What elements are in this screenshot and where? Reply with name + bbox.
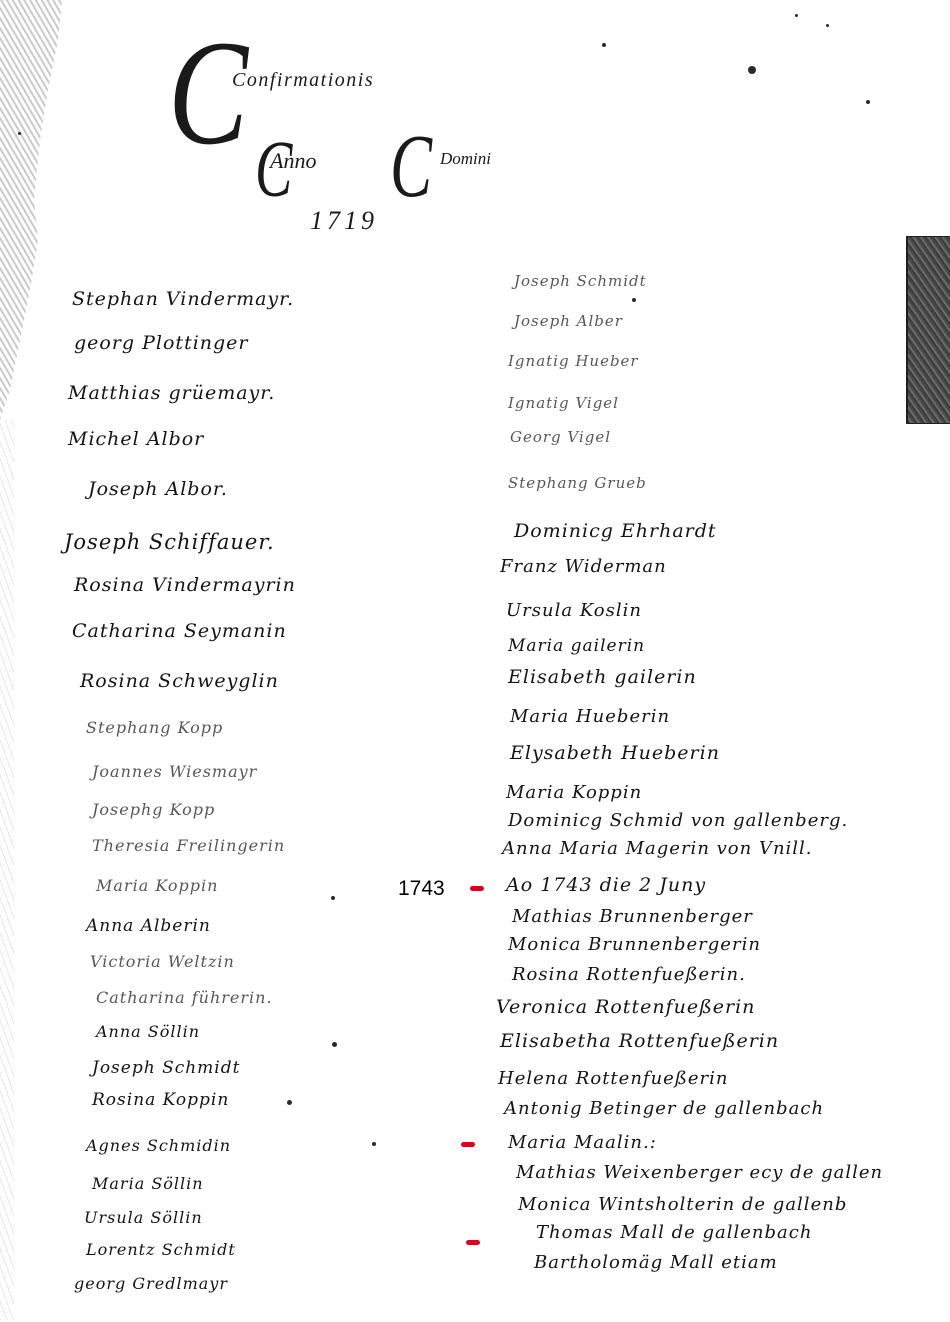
list-item: Josephg Kopp <box>92 800 215 819</box>
domini-initial-flourish: C <box>390 122 432 212</box>
ink-speck <box>372 1142 376 1146</box>
list-item: Rosina Koppin <box>92 1090 229 1110</box>
ink-speck <box>287 1100 292 1105</box>
list-item: Joseph Schmidt <box>514 272 647 290</box>
list-item: Joannes Wiesmayr <box>92 762 257 781</box>
list-item: Ursula Söllin <box>84 1208 203 1227</box>
list-item: Stephan Vindermayr. <box>72 288 294 310</box>
list-item: Thomas Mall de gallenbach <box>536 1222 812 1243</box>
heading-initial-flourish: C <box>168 18 248 168</box>
list-item: Ursula Koslin <box>506 600 642 621</box>
list-item: Maria Maalin.: <box>508 1132 657 1153</box>
red-marker-maria-maalin <box>461 1142 475 1147</box>
list-item: Michel Albor <box>68 428 204 450</box>
ink-speck <box>748 66 756 74</box>
list-item: Stephang Grueb <box>508 474 647 492</box>
paper-edge-shadow <box>0 420 14 1320</box>
ink-speck <box>331 896 335 900</box>
red-marker-thomas-mall <box>466 1240 480 1245</box>
list-item: Mathias Brunnenberger <box>512 906 753 927</box>
ink-speck <box>602 43 606 47</box>
list-item: Ignatig Vigel <box>508 394 619 412</box>
heading-domini: Domini <box>440 150 491 167</box>
list-item: Helena Rottenfueßerin <box>498 1068 728 1089</box>
list-item: Agnes Schmidin <box>86 1136 231 1155</box>
list-item: Georg Vigel <box>510 428 611 446</box>
list-item: Stephang Kopp <box>86 718 223 737</box>
list-item: Ao 1743 die 2 Juny <box>506 874 706 896</box>
register-page: C Confirmationis C C Anno Domini 1719 St… <box>0 0 950 1322</box>
list-item: Catharina führerin. <box>96 988 273 1007</box>
list-item: Dominicg Ehrhardt <box>514 520 717 542</box>
list-item: Maria Koppin <box>96 876 218 895</box>
list-item: Antonig Betinger de gallenbach <box>504 1098 824 1119</box>
list-item: Elysabeth Hueberin <box>510 742 720 764</box>
ink-speck <box>866 100 870 104</box>
list-item: Anna Alberin <box>86 916 211 936</box>
red-marker-1743 <box>470 886 484 891</box>
year-annotation-label: 1743 <box>398 877 445 901</box>
list-item: Franz Widerman <box>500 556 667 577</box>
torn-paper-edge <box>0 0 70 420</box>
list-item: Theresia Freilingerin <box>92 836 285 855</box>
ink-speck <box>332 1042 337 1047</box>
list-item: Monica Wintsholterin de gallenb <box>518 1194 847 1215</box>
list-item: Matthias grüemayr. <box>68 382 275 404</box>
ink-speck <box>18 132 21 135</box>
ink-speck <box>826 24 829 27</box>
list-item: Veronica Rottenfueßerin <box>496 996 755 1018</box>
list-item: Mathias Weixenberger ecy de gallen <box>516 1162 883 1183</box>
list-item: Anna Söllin <box>96 1022 200 1041</box>
list-item: Monica Brunnenbergerin <box>508 934 761 955</box>
heading-year: 1719 <box>310 208 378 234</box>
list-item: Joseph Alber <box>514 312 623 330</box>
list-item: Joseph Schmidt <box>92 1058 240 1078</box>
list-item: Bartholomäg Mall etiam <box>534 1252 778 1273</box>
ink-speck <box>632 298 636 302</box>
list-item: Anna Maria Magerin von Vnill. <box>502 838 813 859</box>
list-item: Maria Söllin <box>92 1174 204 1193</box>
list-item: Lorentz Schmidt <box>86 1240 236 1259</box>
list-item: georg Plottinger <box>74 332 249 354</box>
list-item: Rosina Schweyglin <box>80 670 279 692</box>
ink-speck <box>795 14 798 17</box>
heading-title: Confirmationis <box>232 70 374 90</box>
list-item: Joseph Albor. <box>88 478 228 500</box>
list-item: Ignatig Hueber <box>508 352 639 370</box>
list-item: georg Gredlmayr <box>74 1274 228 1293</box>
scan-dark-patch <box>906 236 950 424</box>
list-item: Rosina Rottenfueßerin. <box>512 964 746 985</box>
list-item: Catharina Seymanin <box>72 620 287 642</box>
list-item: Maria Hueberin <box>510 706 670 727</box>
list-item: Victoria Weltzin <box>90 952 235 971</box>
list-item: Maria gailerin <box>508 636 645 656</box>
list-item: Elisabetha Rottenfueßerin <box>500 1030 779 1052</box>
heading-anno: Anno <box>270 150 316 172</box>
list-item: Elisabeth gailerin <box>508 666 697 688</box>
list-item: Joseph Schiffauer. <box>64 530 275 554</box>
list-item: Dominicg Schmid von gallenberg. <box>508 810 848 831</box>
list-item: Rosina Vindermayrin <box>74 574 296 596</box>
list-item: Maria Koppin <box>506 782 642 803</box>
